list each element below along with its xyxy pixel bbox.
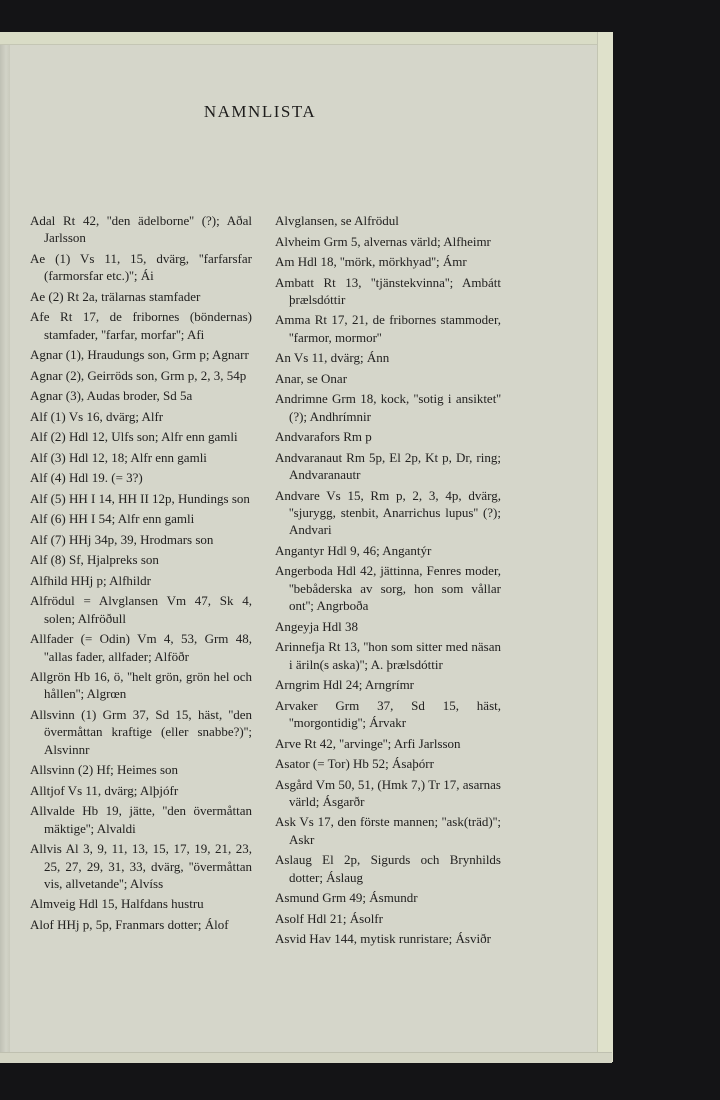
index-entry: Alf (1) Vs 16, dvärg; Alfr xyxy=(30,408,252,425)
index-entry: Alfhild HHj p; Alfhildr xyxy=(30,572,252,589)
page-title: NAMNLISTA xyxy=(0,102,520,122)
index-entry: Alof HHj p, 5p, Franmars dotter; Álof xyxy=(30,916,252,933)
index-entry: Ae (2) Rt 2a, trälarnas stamfader xyxy=(30,288,252,305)
index-entry: Anar, se Onar xyxy=(275,370,501,387)
index-entry: Allvis Al 3, 9, 11, 13, 15, 17, 19, 21, … xyxy=(30,840,252,892)
index-entry: Allsvinn (2) Hf; Heimes son xyxy=(30,761,252,778)
index-entry: Allgrön Hb 16, ö, ''helt grön, grön hel … xyxy=(30,668,252,703)
index-entry: Arngrim Hdl 24; Arngrímr xyxy=(275,676,501,693)
index-entry: Agnar (3), Audas broder, Sd 5a xyxy=(30,387,252,404)
index-entry: Asolf Hdl 21; Ásolfr xyxy=(275,910,501,927)
index-entry: Adal Rt 42, ''den ädelborne'' (?); Aðal … xyxy=(30,212,252,247)
index-entry: Alvheim Grm 5, alvernas värld; Alfheimr xyxy=(275,233,501,250)
page-top-edge xyxy=(0,32,612,45)
page-bottom-edge xyxy=(0,1052,612,1063)
index-entry: Alltjof Vs 11, dvärg; Alþjófr xyxy=(30,782,252,799)
index-entry: Allsvinn (1) Grm 37, Sd 15, häst, ''den … xyxy=(30,706,252,758)
index-entry: Arvaker Grm 37, Sd 15, häst, ''morgontid… xyxy=(275,697,501,732)
index-entry: Angerboda Hdl 42, jättinna, Fenres moder… xyxy=(275,562,501,614)
index-entry: Ae (1) Vs 11, 15, dvärg, ''farfarsfar (f… xyxy=(30,250,252,285)
index-entry: Alf (6) HH I 54; Alfr enn gamli xyxy=(30,510,252,527)
index-entry: Asmund Grm 49; Ásmundr xyxy=(275,889,501,906)
index-entry: Allfader (= Odin) Vm 4, 53, Grm 48, ''al… xyxy=(30,630,252,665)
index-entry: Alvglansen, se Alfrödul xyxy=(275,212,501,229)
index-entry: Arve Rt 42, ''arvinge''; Arfi Jarlsson xyxy=(275,735,501,752)
index-entry: Agnar (1), Hraudungs son, Grm p; Agnarr xyxy=(30,346,252,363)
page-gutter xyxy=(0,32,10,1062)
index-entry: Almveig Hdl 15, Halfdans hustru xyxy=(30,895,252,912)
index-entry: Am Hdl 18, ''mörk, mörkhyad''; Ámr xyxy=(275,253,501,270)
index-entry: Andvaranaut Rm 5p, El 2p, Kt p, Dr, ring… xyxy=(275,449,501,484)
index-entry: Allvalde Hb 19, jätte, ''den övermåttan … xyxy=(30,802,252,837)
right-column: Alvglansen, se Alfrödul Alvheim Grm 5, a… xyxy=(275,212,501,951)
page-right-edge xyxy=(597,32,613,1062)
index-entry: Alf (2) Hdl 12, Ulfs son; Alfr enn gamli xyxy=(30,428,252,445)
index-entry: Alf (7) HHj 34p, 39, Hrodmars son xyxy=(30,531,252,548)
index-entry: Andvare Vs 15, Rm p, 2, 3, 4p, dvärg, ''… xyxy=(275,487,501,539)
index-entry: Alf (3) Hdl 12, 18; Alfr enn gamli xyxy=(30,449,252,466)
index-entry: Alf (5) HH I 14, HH II 12p, Hundings son xyxy=(30,490,252,507)
index-entry: Amma Rt 17, 21, de fribornes stammoder, … xyxy=(275,311,501,346)
index-entry: Alf (8) Sf, Hjalpreks son xyxy=(30,551,252,568)
index-entry: Ask Vs 17, den förste mannen; ''ask(träd… xyxy=(275,813,501,848)
left-column: Adal Rt 42, ''den ädelborne'' (?); Aðal … xyxy=(30,212,252,936)
index-entry: Agnar (2), Geirröds son, Grm p, 2, 3, 54… xyxy=(30,367,252,384)
index-entry: Alf (4) Hdl 19. (= 3?) xyxy=(30,469,252,486)
index-entry: Arinnefja Rt 13, ''hon som sitter med nä… xyxy=(275,638,501,673)
index-entry: Afe Rt 17, de fribornes (böndernas) stam… xyxy=(30,308,252,343)
index-entry: Asator (= Tor) Hb 52; Ásaþórr xyxy=(275,755,501,772)
index-entry: Ambatt Rt 13, ''tjänstekvinna''; Ambátt … xyxy=(275,274,501,309)
index-entry: Andvarafors Rm p xyxy=(275,428,501,445)
index-entry: Asgård Vm 50, 51, (Hmk 7,) Tr 17, asarna… xyxy=(275,776,501,811)
index-entry: Asvid Hav 144, mytisk runristare; Ásviðr xyxy=(275,930,501,947)
index-entry: Alfrödul = Alvglansen Vm 47, Sk 4, solen… xyxy=(30,592,252,627)
index-entry: Aslaug El 2p, Sigurds och Brynhilds dott… xyxy=(275,851,501,886)
index-entry: An Vs 11, dvärg; Ánn xyxy=(275,349,501,366)
index-entry: Angantyr Hdl 9, 46; Angantýr xyxy=(275,542,501,559)
index-entry: Andrimne Grm 18, kock, ''sotig i ansikte… xyxy=(275,390,501,425)
index-entry: Angeyja Hdl 38 xyxy=(275,618,501,635)
